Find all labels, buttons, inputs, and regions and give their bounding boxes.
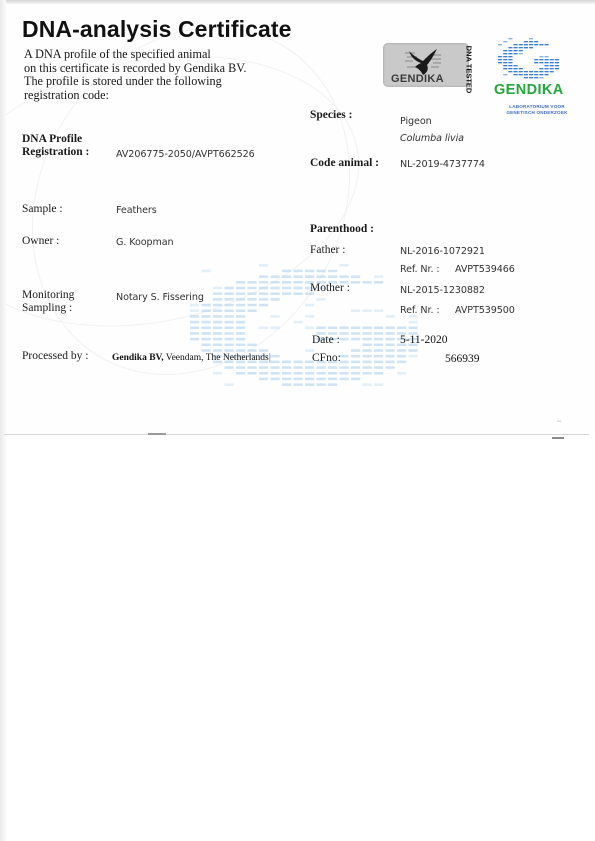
monitoring-label-line1: Monitoring [22, 289, 74, 301]
badge-brand: GENDIKA [391, 73, 444, 85]
mother-value: NL-2015-1230882 [400, 285, 485, 296]
registration-label-line2: Registration : [22, 146, 89, 158]
scan-edge-top [0, 0, 595, 4]
father-ref-label: Ref. Nr. : [400, 264, 440, 275]
processed-by-company: Gendika BV, [112, 353, 164, 363]
registration-label-line1: DNA Profile [22, 133, 82, 145]
gendika-watermark-icon [190, 264, 420, 389]
parenthood-label: Parenthood : [310, 223, 374, 235]
code-animal-value: NL-2019-4737774 [400, 159, 485, 170]
intro-line: registration code: [24, 89, 304, 103]
species-latin-value: Columba livia [400, 133, 464, 144]
sample-label: Sample : [22, 203, 63, 215]
father-label: Father : [310, 244, 345, 256]
logo-subtitle: LABORATORIUM VOOR GENETISCH ONDERZOEK [492, 104, 582, 115]
badge-label-wrap: DNA TESTED [443, 49, 473, 87]
intro-line: The profile is stored under the followin… [24, 75, 304, 89]
scan-mark: ~ [557, 417, 561, 426]
gendika-logo: GENDIKA LABORATORIUM VOOR GENETISCH ONDE… [492, 36, 582, 122]
processed-by-value: Gendika BV, Veendam, The Netherlands| [112, 351, 271, 363]
date-value: 5-11-2020 [400, 334, 447, 346]
registration-value: AV206775-2050/AVPT662526 [116, 149, 255, 160]
processed-by-label: Processed by : [22, 350, 88, 362]
cut-mark [552, 437, 564, 439]
badge-label: DNA TESTED [464, 46, 473, 94]
date-label: Date : [312, 334, 340, 346]
code-animal-label: Code animal : [310, 157, 379, 169]
monitoring-label-line2: Sampling : [22, 302, 72, 314]
monitoring-value: Notary S. Fissering [116, 292, 204, 303]
cut-mark [148, 433, 166, 435]
cut-line [4, 434, 589, 435]
father-ref-value: AVPT539466 [455, 264, 515, 275]
gendika-g-mark-icon [498, 38, 560, 80]
intro-text: A DNA profile of the specified animal on… [24, 48, 304, 102]
owner-value: G. Koopman [116, 237, 173, 248]
logo-subtitle-line: GENETISCH ONDERZOEK [492, 110, 582, 116]
intro-line: on this certificate is recorded by Gendi… [24, 62, 304, 76]
intro-line: A DNA profile of the specified animal [24, 48, 304, 62]
species-common-value: Pigeon [400, 116, 432, 127]
cfno-label: CFno: [312, 352, 341, 364]
species-label: Species : [310, 109, 352, 121]
mother-label: Mother : [310, 282, 350, 294]
dna-tested-badge: GENDIKA DNA TESTED [383, 43, 469, 87]
scan-edge-left [0, 0, 6, 841]
mother-ref-value: AVPT539500 [455, 305, 515, 316]
pen-mark-icon: | [269, 351, 271, 363]
cfno-value: 566939 [445, 353, 480, 365]
father-value: NL-2016-1072921 [400, 246, 485, 257]
sample-value: Feathers [116, 205, 157, 216]
owner-label: Owner : [22, 235, 59, 247]
logo-name: GENDIKA [494, 82, 564, 98]
certificate-title: DNA-analysis Certificate [22, 16, 292, 43]
mother-ref-label: Ref. Nr. : [400, 305, 440, 316]
processed-by-location: Veendam, The Netherlands [164, 353, 269, 363]
